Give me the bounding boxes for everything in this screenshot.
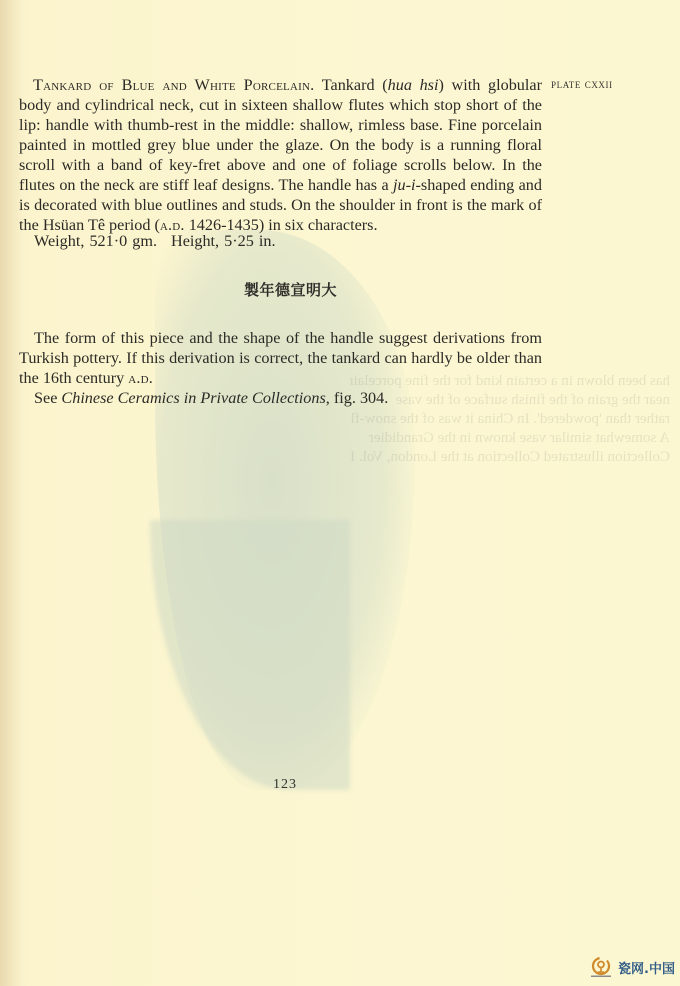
- plate-label: plate cxxii: [551, 77, 613, 92]
- entry-title: Tankard of Blue and White Porcelain.: [33, 76, 314, 94]
- reference-title: Chinese Ceramics in Private Collections: [61, 389, 325, 407]
- chinese-term: hua hsi: [388, 76, 439, 94]
- watermark: 瓷网.中国: [590, 952, 680, 982]
- ghost-line: rather than 'powdered'. In China it was …: [350, 410, 670, 429]
- commentary: The form of this piece and the shape of …: [19, 328, 542, 388]
- ghost-line: Collection illustrated Collection at the…: [350, 448, 670, 467]
- watermark-text: 瓷网.中国: [618, 958, 675, 977]
- entry-paragraph: Tankard of Blue and White Porcelain. Tan…: [19, 75, 542, 235]
- page-number: 123: [273, 777, 297, 793]
- measurements: Weight, 521·0 gm.Height, 5·25 in.: [34, 231, 276, 251]
- commentary-paragraph: The form of this piece and the shape of …: [19, 328, 542, 388]
- reign-mark: 製年德宣明大: [244, 279, 337, 300]
- porcelain-logo-icon: [590, 956, 612, 978]
- height-value: Height, 5·25 in.: [171, 232, 276, 250]
- catalogue-entry: Tankard of Blue and White Porcelain. Tan…: [19, 75, 542, 235]
- weight-value: Weight, 521·0 gm.: [34, 232, 157, 250]
- ghost-line: A somewhat similar vase known in the Gra…: [350, 429, 670, 448]
- reference-line: See Chinese Ceramics in Private Collecti…: [34, 388, 388, 408]
- ghost-line: near the grain of the finish surface of …: [350, 391, 670, 410]
- ruyi-term: ju-i: [393, 176, 415, 194]
